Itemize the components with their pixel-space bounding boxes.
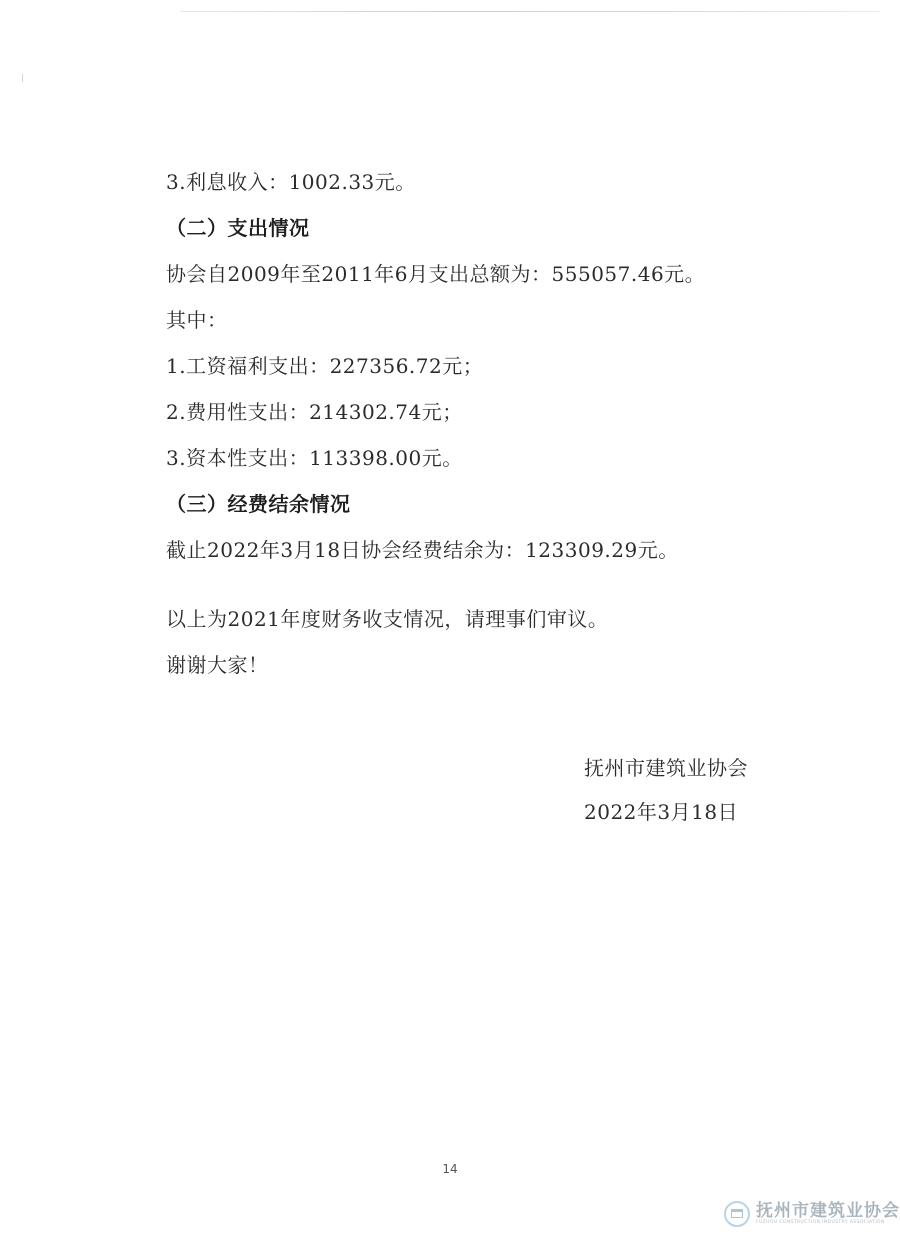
scan-mark: [22, 74, 23, 82]
total-expense-line: 协会自2009年至2011年6月支出总额为：555057.46元。: [166, 264, 806, 284]
paragraph-gap: [166, 586, 806, 609]
signature-organization: 抚州市建筑业协会: [584, 758, 804, 778]
section-heading-expenses: （二）支出情况: [166, 218, 806, 238]
among-them-line: 其中：: [166, 310, 806, 330]
thanks-line: 谢谢大家！: [166, 655, 806, 675]
section-heading-balance: （三）经费结余情况: [166, 494, 806, 514]
expense-item-capital: 3.资本性支出：113398.00元。: [166, 448, 806, 468]
page-number: 14: [0, 1162, 900, 1176]
logo-name-cn: 抚州市建筑业协会: [756, 1202, 900, 1220]
header-rule: [180, 11, 880, 12]
document-body: 3.利息收入：1002.33元。 （二）支出情况 协会自2009年至2011年6…: [166, 172, 806, 701]
interest-income-line: 3.利息收入：1002.33元。: [166, 172, 806, 192]
balance-line: 截止2022年3月18日协会经费结余为：123309.29元。: [166, 540, 806, 560]
signature-block: 抚州市建筑业协会 2022年3月18日: [584, 758, 804, 846]
closing-line: 以上为2021年度财务收支情况，请理事们审议。: [166, 609, 806, 629]
footer-logo: 抚州市建筑业协会 FUZHOU CONSTRUCTION INDUSTRY AS…: [724, 1201, 900, 1227]
signature-date: 2022年3月18日: [584, 802, 804, 822]
expense-item-operating: 2.费用性支出：214302.74元；: [166, 402, 806, 422]
expense-item-salary: 1.工资福利支出：227356.72元；: [166, 356, 806, 376]
logo-name-en: FUZHOU CONSTRUCTION INDUSTRY ASSOCIATION: [756, 1220, 900, 1226]
association-seal-icon: [724, 1201, 750, 1227]
logo-text: 抚州市建筑业协会 FUZHOU CONSTRUCTION INDUSTRY AS…: [756, 1202, 900, 1226]
